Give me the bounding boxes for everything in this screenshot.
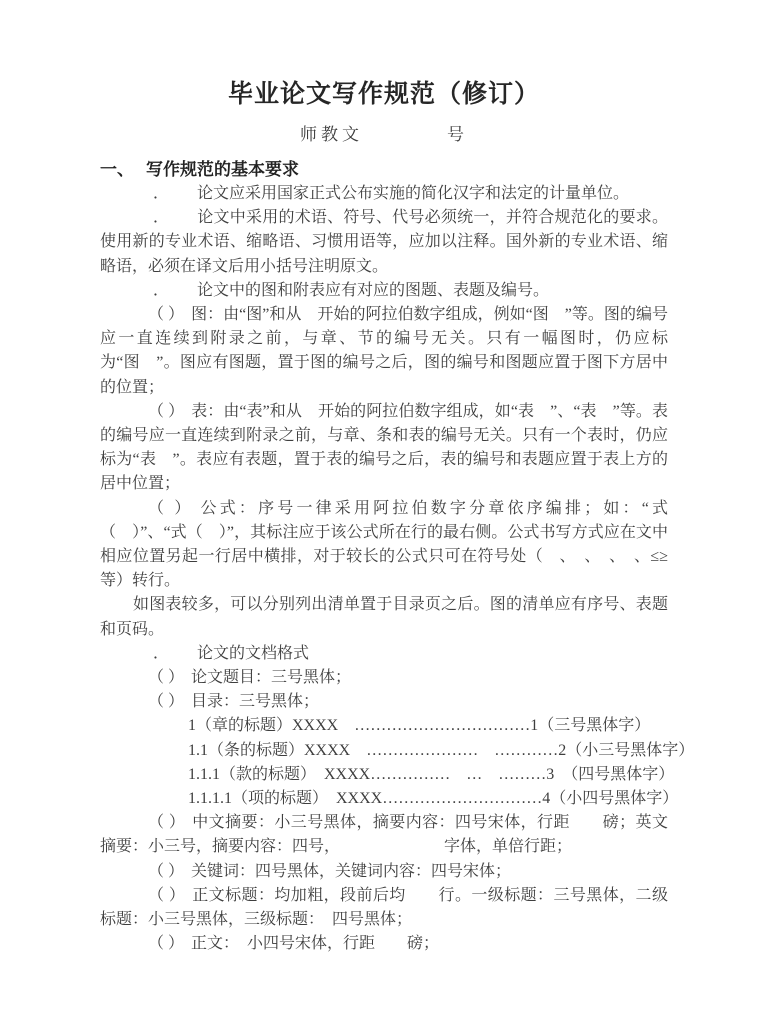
para-text: 论文中采用的术语、符号、代号必须统一，并符合规范化的要求。使用新的专业术语、缩略… <box>100 209 668 274</box>
para-text: 目录：三号黑体； <box>191 693 319 710</box>
item-dot-marker: ． <box>153 282 169 299</box>
toc-sample-line-item: 1.1.1.1（项的标题） XXXX…………………………4（小四号黑体字） <box>100 787 668 811</box>
item-paren-marker: （ ） <box>148 500 194 517</box>
item-paren-marker: （ ） <box>148 669 184 686</box>
item-dot-marker: ． <box>153 185 169 202</box>
toc-sample-line-clause: 1.1.1（款的标题） XXXX…………… … ………3 （四号黑体字） <box>100 763 668 787</box>
doc-number-line: 师教文号 <box>100 123 668 147</box>
item-toc-format: （ ）目录：三号黑体； <box>100 690 668 714</box>
item-body-text-format: （ ）正文： 小四号宋体，行距 磅； <box>100 932 668 956</box>
para-text: 正文： 小四号宋体，行距 磅； <box>191 935 439 952</box>
item-body-heading-format: （ ）正文标题：均加粗，段前后均 行。一级标题：三号黑体，二级标题：小三号黑体，… <box>100 884 668 932</box>
doc-number-suffix: 号 <box>447 125 468 144</box>
toc-line-text: 1（章的标题）XXXX ……………………………1（三号黑体字） <box>188 717 650 734</box>
para-text: 论文题目：三号黑体； <box>191 669 351 686</box>
section-number: 一、 <box>100 160 134 179</box>
para-text: 图：由“图”和从 开始的阿拉伯数字组成，例如“图 ”等。图的编号应一直连续到附录… <box>100 306 668 396</box>
para-document-format: ．论文的文档格式 <box>100 642 668 666</box>
toc-line-text: 1.1.1.1（项的标题） XXXX…………………………4（小四号黑体字） <box>188 790 678 807</box>
item-paren-marker: （ ） <box>148 693 184 710</box>
item-formula-numbering: （ ）公式：序号一律采用阿拉伯数字分章依序编排；如：“式（ ）”、“式（ ）”，… <box>100 497 668 594</box>
item-paren-marker: （ ） <box>148 306 184 323</box>
item-abstract-format: （ ）中文摘要：小三号黑体，摘要内容：四号宋体，行距 磅；英文摘要：小三号，摘要… <box>100 811 668 859</box>
para-text: 论文的文档格式 <box>197 645 309 662</box>
para-text: 论文中的图和附表应有对应的图题、表题及编号。 <box>197 282 549 299</box>
para-figure-list: 如图表较多，可以分别列出清单置于目录页之后。图的清单应有序号、表题和页码。 <box>100 593 668 641</box>
para-text: 论文应采用国家正式公布实施的简化汉字和法定的计量单位。 <box>197 185 629 202</box>
item-paren-marker: （ ） <box>148 403 184 420</box>
toc-sample-line-article: 1.1（条的标题）XXXX ………………… …………2（小三号黑体字） <box>100 739 668 763</box>
para-text: 正文标题：均加粗，段前后均 行。一级标题：三号黑体，二级标题：小三号黑体，三级标… <box>100 887 668 928</box>
section-title: 写作规范的基本要求 <box>146 160 299 179</box>
doc-issuer: 师教文 <box>300 125 363 144</box>
para-terminology: ．论文中采用的术语、符号、代号必须统一，并符合规范化的要求。使用新的专业术语、缩… <box>100 206 668 279</box>
toc-sample-line-chapter: 1（章的标题）XXXX ……………………………1（三号黑体字） <box>100 714 668 738</box>
para-figures-tables-captions: ．论文中的图和附表应有对应的图题、表题及编号。 <box>100 279 668 303</box>
item-paren-marker: （ ） <box>148 935 184 952</box>
para-text: 表：由“表”和从 开始的阿拉伯数字组成，如“表 ”、“表 ”等。表的编号应一直连… <box>100 403 668 493</box>
doc-title: 毕业论文写作规范（修订） <box>100 79 668 111</box>
item-paren-marker: （ ） <box>148 814 185 831</box>
para-text: 中文摘要：小三号黑体，摘要内容：四号宋体，行距 磅；英文摘要：小三号，摘要内容：… <box>100 814 668 855</box>
item-thesis-title-format: （ ）论文题目：三号黑体； <box>100 666 668 690</box>
section-heading: 一、写作规范的基本要求 <box>100 158 668 182</box>
toc-line-text: 1.1.1（款的标题） XXXX…………… … ………3 （四号黑体字） <box>188 766 674 783</box>
document-page: 毕业论文写作规范（修订） 师教文号 一、写作规范的基本要求 ．论文应采用国家正式… <box>100 0 668 957</box>
para-text: 如图表较多，可以分别列出清单置于目录页之后。图的清单应有序号、表题和页码。 <box>100 596 668 637</box>
item-dot-marker: ． <box>153 209 169 226</box>
item-paren-marker: （ ） <box>148 887 185 904</box>
para-text: 关键词：四号黑体，关键词内容：四号宋体； <box>191 863 511 880</box>
item-figure-numbering: （ ）图：由“图”和从 开始的阿拉伯数字组成，例如“图 ”等。图的编号应一直连续… <box>100 303 668 400</box>
para-simplified-characters: ．论文应采用国家正式公布实施的简化汉字和法定的计量单位。 <box>100 182 668 206</box>
item-keywords-format: （ ）关键词：四号黑体，关键词内容：四号宋体； <box>100 860 668 884</box>
toc-line-text: 1.1（条的标题）XXXX ………………… …………2（小三号黑体字） <box>188 742 694 759</box>
item-paren-marker: （ ） <box>148 863 184 880</box>
item-dot-marker: ． <box>153 645 169 662</box>
item-table-numbering: （ ）表：由“表”和从 开始的阿拉伯数字组成，如“表 ”、“表 ”等。表的编号应… <box>100 400 668 497</box>
